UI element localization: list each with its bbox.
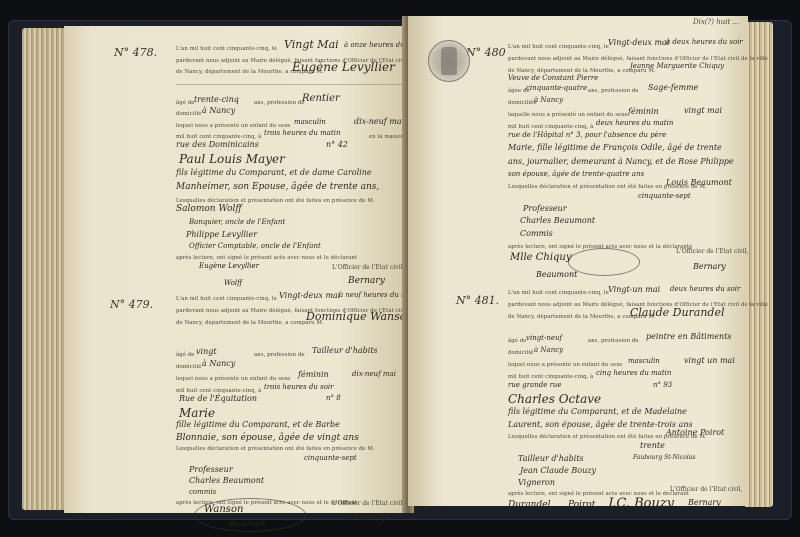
handwritten-profession: Rentier	[302, 93, 340, 104]
signature-declarant: Durandel	[508, 500, 550, 510]
witness-name: Philippe Levyllier	[186, 230, 257, 239]
handwritten-domicile: à Nancy	[202, 106, 235, 115]
act-number: N° 481.	[456, 294, 499, 307]
witness-age: cinquante-sept	[304, 454, 357, 462]
witness-profession: Professeur	[189, 465, 233, 474]
birth-act-478: N° 478. L'an mil huit cent cinquante-cin…	[64, 26, 408, 276]
handwritten-domicile: à Nancy	[202, 359, 235, 368]
witness-profession: commis	[189, 488, 216, 496]
printed-closing: après lecture, ont signé le présent acte…	[176, 255, 357, 261]
printed-line: lequel nous a présenté un enfant du sexe	[176, 376, 291, 382]
printed-header: L'an mil huit cent cinquante-cinq, le	[176, 46, 277, 52]
handwritten-profession: Sage-femme	[648, 83, 698, 92]
right-page: Dix(?) huit ... N° 480 L'an mil huit cen…	[408, 16, 748, 506]
witness-profession: Tailleur d'habits	[518, 454, 584, 463]
child-name: Marie	[179, 406, 215, 420]
printed-label: âgé de	[176, 352, 195, 358]
handwritten-birth-date: dix-neuf mai	[354, 117, 404, 126]
child-name: Charles Octave	[508, 392, 601, 406]
right-page-edges	[745, 22, 773, 507]
officer-signature: Bernary	[688, 498, 721, 507]
witness-name: Antoine Poirot	[666, 428, 724, 437]
handwritten-address: Rue de l'Équitation	[179, 394, 257, 403]
handwritten-time: deux heures du matin	[596, 119, 673, 127]
handwritten-domicile: à Nancy	[534, 346, 563, 354]
act-number: N° 480	[466, 46, 506, 59]
handwritten-age: vingt-neuf	[526, 334, 562, 342]
handwritten-time: trois heures du soir	[264, 383, 334, 391]
declarant-name-continued: Veuve de Constant Pierre	[508, 74, 598, 82]
handwritten-sex: féminin	[628, 107, 659, 116]
handwritten-age: cinquante-quatre	[526, 84, 587, 92]
handwritten-domicile: à Nancy	[534, 96, 563, 104]
parents-line: fille légitime du Comparant, et de Barbe	[176, 420, 340, 429]
handwritten-hour: à deux heures du soir	[666, 38, 743, 46]
officer-label: L'Officier de l'Etat civil,	[670, 486, 742, 493]
printed-label: âgé de	[176, 100, 195, 106]
signature-flourish	[194, 498, 306, 532]
witness-name: Jean Claude Bouzy	[520, 466, 596, 475]
handwritten-date: Vingt-deux mai	[279, 291, 340, 300]
printed-header: L'an mil huit cent cinquante-cinq, le	[508, 44, 609, 50]
left-page-edges	[22, 28, 66, 510]
handwritten-birth-date: vingt mai	[684, 106, 722, 115]
parents-line: Manheimer, son Epouse, âgée de trente an…	[176, 182, 379, 192]
handwritten-time: cinq heures du matin	[596, 369, 671, 377]
witness-age: cinquante-sept	[638, 192, 691, 200]
handwritten-date: Vingt-un mai	[608, 285, 660, 294]
printed-label: ans, profession de	[254, 352, 305, 358]
witness-name: Charles Beaumont	[520, 216, 595, 225]
signature-declarant: Mlle Chiquy	[510, 252, 572, 263]
witness-name: Salomon Wolff	[176, 204, 242, 214]
parents-line: Blonnaie, son épouse, âgée de vingt ans	[176, 433, 359, 443]
declarant-name: Dominique Wanson	[176, 310, 413, 323]
child-name: Marie, fille légitime de François Odile,…	[508, 143, 722, 152]
declarant-name: Claude Durandel	[630, 306, 725, 319]
handwritten-sex: masculin	[294, 118, 326, 126]
handwritten-street-number: n° 8	[326, 394, 341, 402]
handwritten-birth-date: vingt un mai	[684, 356, 735, 365]
handwritten-street-number: n° 93	[653, 381, 672, 389]
printed-label: âgé de	[508, 338, 527, 344]
parents-line: ans, journalier, demeurant à Nancy, et d…	[508, 157, 734, 166]
printed-label: ans, profession de	[588, 338, 639, 344]
printed-line: laquelle nous a présenté un enfant du se…	[508, 112, 628, 118]
parents-line: son épouse, âgée de trente-quatre ans	[508, 170, 644, 178]
parents-line: Laurent, son épouse, âgée de trente-troi…	[508, 420, 693, 429]
handwritten-street-number: n° 42	[326, 140, 348, 149]
handwritten-address: rue grande rue	[508, 381, 562, 389]
handwritten-address: rue de l'Hôpital n° 3, pour l'absence du…	[508, 131, 666, 139]
printed-line: mil huit cent cinquante-cinq, à	[508, 374, 593, 380]
witness-profession: Officier Comptable, oncle de l'Enfant	[189, 242, 321, 250]
act-number: N° 479.	[110, 298, 153, 311]
act-number: N° 478.	[114, 46, 157, 59]
signature-flourish	[568, 248, 640, 276]
printed-label: ans, profession de	[588, 88, 639, 94]
officer-signature: Bernary	[354, 512, 387, 521]
handwritten-sex: féminin	[298, 370, 329, 379]
child-name: Paul Louis Mayer	[179, 152, 285, 166]
declarant-name: Jeanne Marguerite Chiquy	[630, 62, 724, 70]
printed-label: en la maison	[369, 134, 404, 140]
officer-label: L'Officier de l'Etat civil,	[676, 248, 748, 255]
declarant-name: Eugène Levyllier	[292, 60, 395, 74]
signature-declarant: Eugène Levyllier	[199, 262, 259, 270]
witness-profession: Commis	[520, 229, 553, 238]
handwritten-date: Vingt-deux mai	[608, 38, 669, 47]
handwritten-address: rue des Dominicains	[176, 140, 259, 149]
officer-label: L'Officier de l'Etat civil,	[332, 264, 404, 271]
printed-line: mil huit cent cinquante-cinq, à	[508, 124, 593, 130]
signature-witness: J.C. Bouzy	[608, 496, 674, 511]
signature-witness: Beaumont	[536, 270, 577, 279]
birth-act-481: N° 481. L'an mil huit cent cinquante-cin…	[408, 280, 748, 506]
handwritten-sex: masculin	[628, 357, 660, 365]
handwritten-date: Vingt Mai	[284, 38, 339, 51]
handwritten-hour: deux heures du soir	[670, 285, 740, 293]
left-page: N° 478. L'an mil huit cent cinquante-cin…	[64, 26, 408, 513]
printed-header: L'an mil huit cent cinquante-cinq, le	[176, 296, 277, 302]
printed-header: L'an mil huit cent cinquante-cinq, le	[508, 290, 609, 296]
witness-name: Charles Beaumont	[189, 476, 264, 485]
handwritten-time: trois heures du matin	[264, 129, 340, 137]
witness-name: Louis Beaumont	[666, 178, 732, 187]
witness-profession: Vigneron	[518, 478, 555, 487]
handwritten-age: vingt	[196, 347, 217, 356]
printed-label: domiciliée	[508, 100, 537, 106]
printed-label: domicilié	[508, 350, 533, 356]
witness-age: trente	[640, 441, 665, 450]
printed-line: lequel nous a présenté un enfant du sexe	[508, 362, 623, 368]
parents-line: fils légitime du Comparant, et de Madela…	[508, 407, 687, 416]
birth-act-479: N° 479. L'an mil huit cent cinquante-cin…	[64, 280, 408, 513]
printed-label: domicilié	[176, 364, 201, 370]
signature-witness: Poirot	[568, 500, 595, 510]
officer-label: L'Officier de l'Etat civil,	[332, 500, 404, 507]
printed-label: ans, profession de	[254, 100, 305, 106]
officer-signature: Bernary	[693, 262, 726, 271]
handwritten-birth-date: dix-neuf mai	[352, 370, 396, 378]
handwritten-profession: Tailleur d'habits	[312, 346, 378, 355]
printed-label: domicilié	[176, 111, 201, 117]
handwritten-age: trente-cinq	[194, 95, 239, 104]
witness-domicile: Faubourg St-Nicolas	[633, 454, 695, 461]
witness-profession: Professeur	[523, 204, 567, 213]
parents-line: fils légitime du Comparant, et de dame C…	[176, 168, 372, 177]
handwritten-profession: peintre en Bâtiments	[646, 332, 732, 341]
printed-line: Lesquelles déclaration et présentation o…	[176, 446, 375, 452]
seal-stamp-icon	[428, 40, 470, 82]
witness-profession: Banquier, oncle de l'Enfant	[189, 218, 285, 226]
